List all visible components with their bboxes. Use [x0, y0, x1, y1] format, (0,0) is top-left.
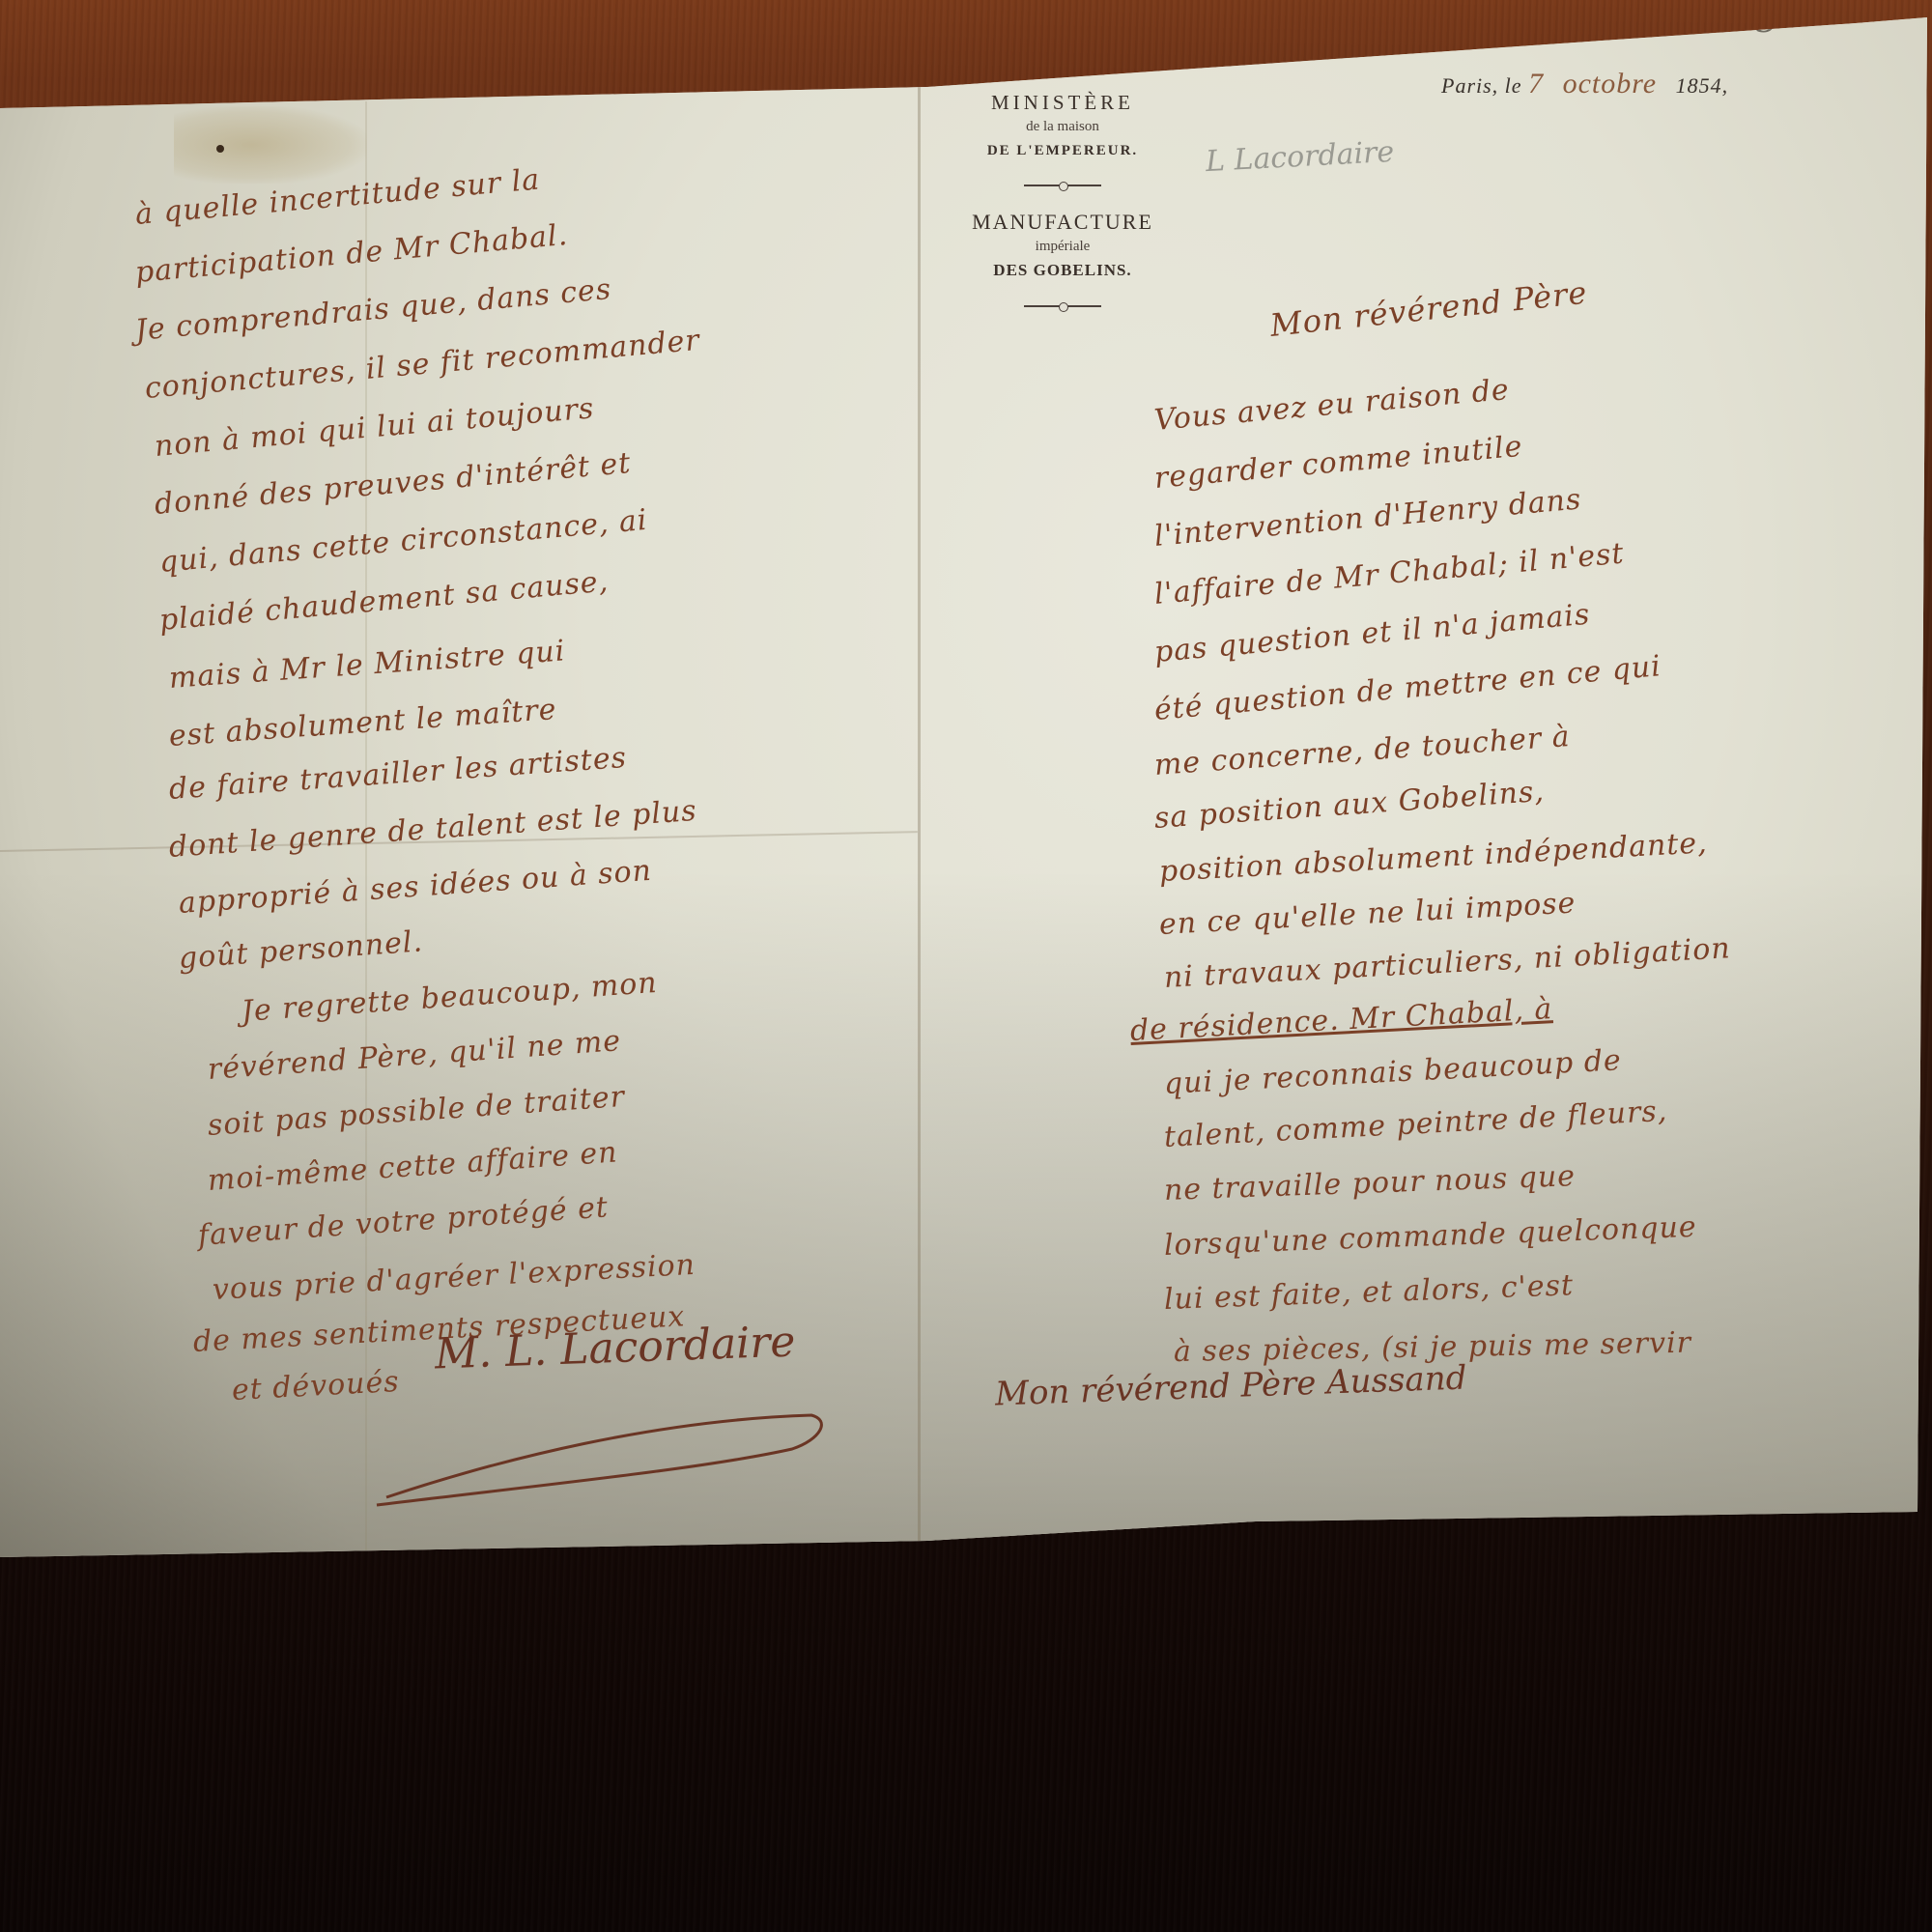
signature-flourish-icon: [367, 1381, 850, 1507]
letterhead-manufacture: MANUFACTURE: [937, 210, 1188, 235]
dateline-prefix: Paris, le: [1441, 73, 1522, 98]
center-fold: [918, 87, 921, 1541]
ornament-divider-icon: [1024, 185, 1101, 186]
ink-spot: [216, 145, 224, 153]
letterhead-ministere: MINISTÈRE: [937, 91, 1188, 115]
letterhead-maison: de la maison: [937, 119, 1188, 135]
letterhead: MINISTÈRE de la maison DE L'EMPEREUR. MA…: [937, 91, 1188, 330]
dateline: Paris, le 7 octobre 1854,: [1441, 68, 1728, 100]
letter-paper: 3 MINISTÈRE de la maison DE L'EMPEREUR. …: [0, 0, 1932, 1932]
page-number: 3: [1756, 2, 1777, 41]
dateline-year: 1854,: [1676, 73, 1729, 98]
letterhead-gobelins: DES GOBELINS.: [937, 261, 1188, 280]
letterhead-empereur: DE L'EMPEREUR.: [937, 143, 1188, 159]
letterhead-imperiale: impériale: [937, 239, 1188, 255]
paper-stain: [174, 106, 367, 184]
ornament-divider-icon: [1024, 305, 1101, 307]
dateline-month: octobre: [1563, 68, 1658, 99]
dateline-day: 7: [1528, 68, 1544, 99]
